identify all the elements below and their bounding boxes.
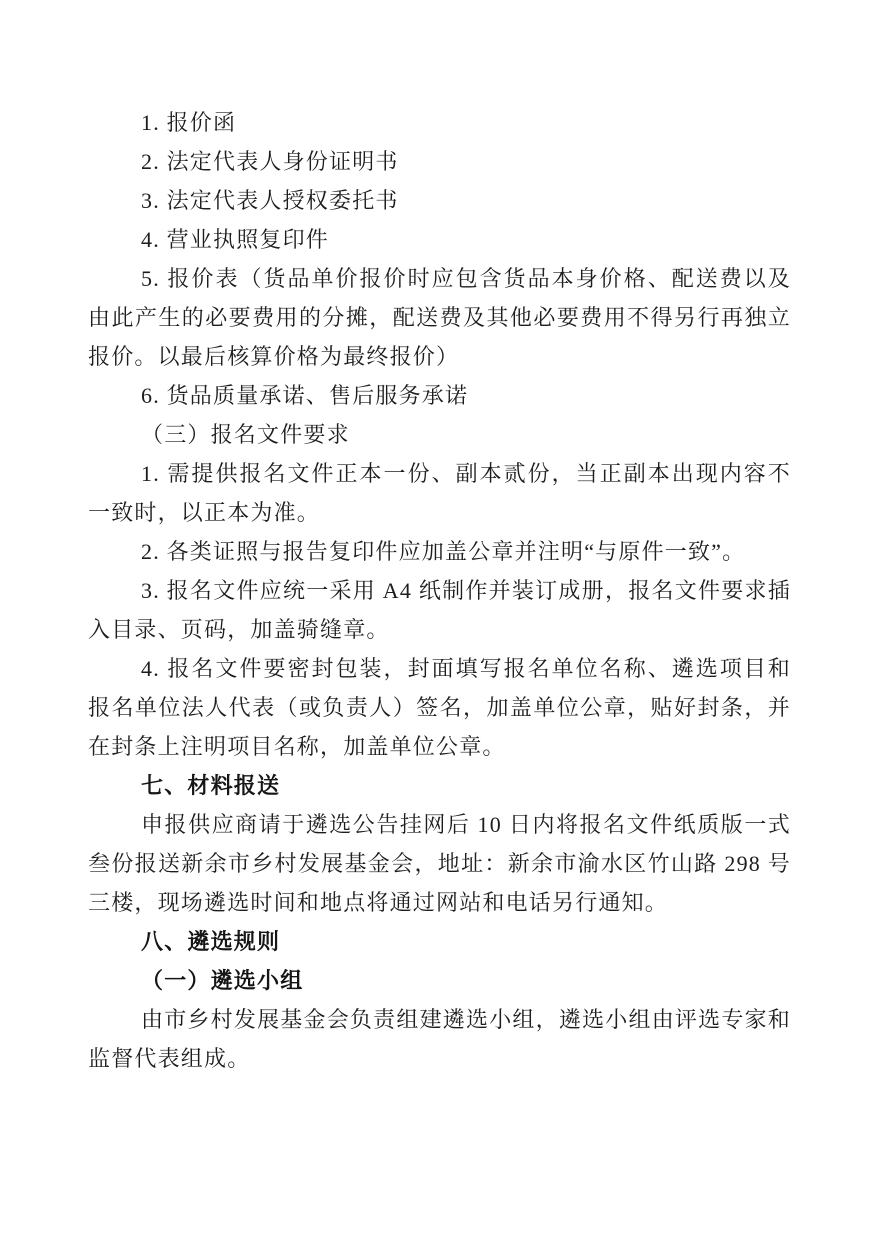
list-item-quotation-letter: 1. 报价函	[88, 103, 791, 142]
requirement-item-originals-copies: 1. 需提供报名文件正本一份、副本贰份，当正副本出现内容不一致时，以正本为准。	[88, 454, 791, 532]
paragraph-material-submission: 申报供应商请于遴选公告挂网后 10 日内将报名文件纸质版一式叁份报送新余市乡村发…	[88, 805, 791, 922]
paragraph-selection-panel: 由市乡村发展基金会负责组建遴选小组，遴选小组由评选专家和监督代表组成。	[88, 1000, 791, 1078]
requirement-item-sealed-package: 4. 报名文件要密封包装，封面填写报名单位名称、遴选项目和报名单位法人代表（或负…	[88, 649, 791, 766]
list-item-business-license: 4. 营业执照复印件	[88, 220, 791, 259]
subsection-heading-doc-requirements: （三）报名文件要求	[88, 415, 791, 454]
section-heading-material-submission: 七、材料报送	[88, 766, 791, 805]
requirement-item-a4-binding: 3. 报名文件应统一采用 A4 纸制作并装订成册，报名文件要求插入目录、页码，加…	[88, 571, 791, 649]
document-content: 1. 报价函 2. 法定代表人身份证明书 3. 法定代表人授权委托书 4. 营业…	[88, 103, 791, 1078]
section-heading-selection-rules: 八、遴选规则	[88, 922, 791, 961]
subsection-heading-selection-panel: （一）遴选小组	[88, 961, 791, 1000]
requirement-item-stamped-copies: 2. 各类证照与报告复印件应加盖公章并注明“与原件一致”。	[88, 532, 791, 571]
document-page: 1. 报价函 2. 法定代表人身份证明书 3. 法定代表人授权委托书 4. 营业…	[0, 0, 887, 1254]
list-item-quotation-sheet: 5. 报价表（货品单价报价时应包含货品本身价格、配送费以及由此产生的必要费用的分…	[88, 259, 791, 376]
list-item-legal-rep-id: 2. 法定代表人身份证明书	[88, 142, 791, 181]
list-item-power-of-attorney: 3. 法定代表人授权委托书	[88, 181, 791, 220]
list-item-quality-commitment: 6. 货品质量承诺、售后服务承诺	[88, 376, 791, 415]
